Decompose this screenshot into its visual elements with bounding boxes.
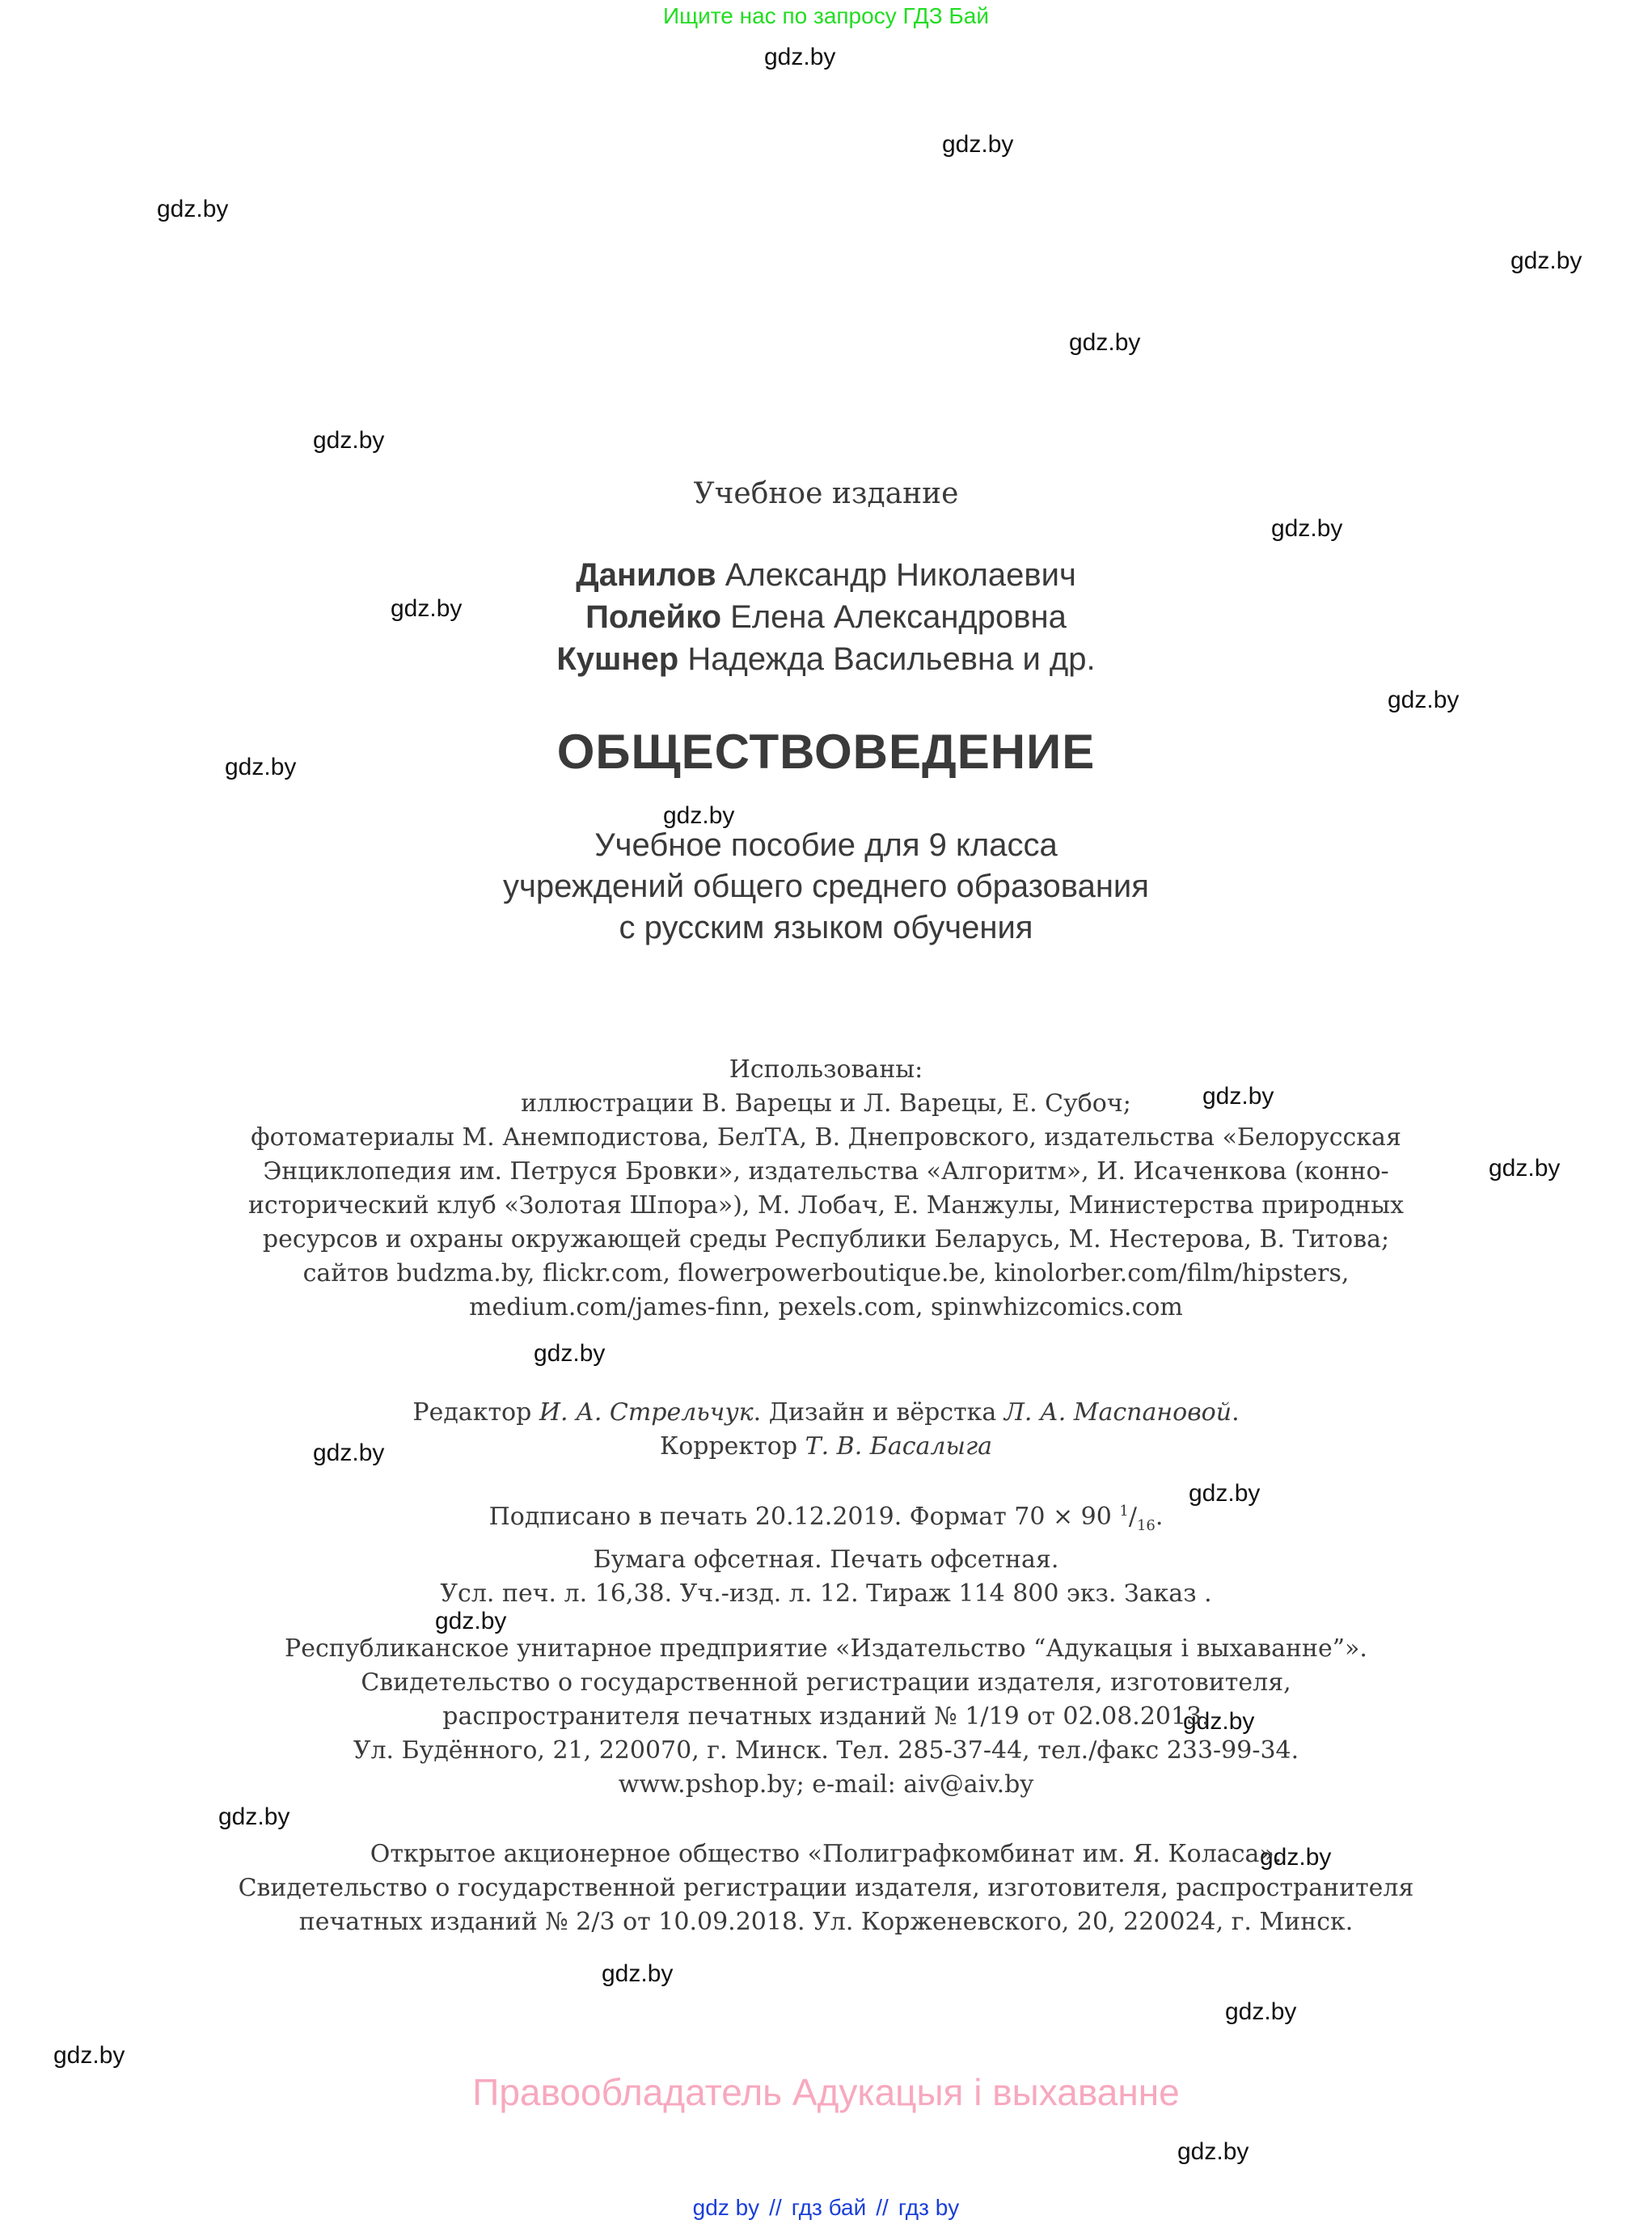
format-denominator: 16 xyxy=(1137,1517,1156,1534)
image-credits: Использованы: иллюстрации В. Варецы и Л.… xyxy=(0,1053,1652,1325)
format-numerator: 1 xyxy=(1119,1503,1128,1520)
editor-name: И. А. Стрельчук xyxy=(539,1398,754,1427)
credits-line: исторический клуб «Золотая Шпора»), М. Л… xyxy=(0,1189,1652,1223)
credits-line: иллюстрации В. Варецы и Л. Варецы, Е. Су… xyxy=(0,1087,1652,1121)
signed-line: Подписано в печать 20.12.2019. Формат 70… xyxy=(0,1495,1652,1543)
credits-line: medium.com/james-finn, pexels.com, spinw… xyxy=(0,1291,1652,1325)
watermark: gdz.by xyxy=(1177,2138,1249,2166)
signed-text: Подписано в печать 20.12.2019. Формат 70… xyxy=(489,1503,1112,1531)
publisher-line: распространителя печатных изданий № 1/19… xyxy=(0,1700,1652,1734)
designer-name: Л. А. Маспановой xyxy=(1004,1398,1232,1427)
credits-line: ресурсов и охраны окружающей среды Респу… xyxy=(0,1223,1652,1257)
printer-line: Свидетельство о государственной регистра… xyxy=(0,1871,1652,1905)
author-surname: Кушнер xyxy=(556,641,678,677)
footer-link[interactable]: гдз by xyxy=(898,2195,959,2220)
watermark: gdz.by xyxy=(1510,247,1582,275)
publisher-info: Республиканское унитарное предприятие «И… xyxy=(0,1632,1652,1802)
watermark: gdz.by xyxy=(1225,1998,1296,2026)
author-surname: Данилов xyxy=(576,557,716,593)
credits-line: Энциклопедия им. Петруся Бровки», издате… xyxy=(0,1155,1652,1189)
publisher-line: Ул. Будённого, 21, 220070, г. Минск. Тел… xyxy=(0,1734,1652,1768)
editor-label: Редактор xyxy=(412,1398,531,1427)
watermark: gdz.by xyxy=(602,1960,673,1988)
publisher-line: Республиканское унитарное предприятие «И… xyxy=(0,1632,1652,1666)
watermark: gdz.by xyxy=(218,1803,289,1831)
edition-type: Учебное издание xyxy=(0,477,1652,510)
separator: // xyxy=(876,2195,889,2220)
corrector-name: Т. В. Басалыга xyxy=(805,1432,992,1461)
author: Данилов Александр Николаевич xyxy=(0,554,1652,596)
print-info: Подписано в печать 20.12.2019. Формат 70… xyxy=(0,1495,1652,1611)
watermark: gdz.by xyxy=(435,1608,506,1635)
editorial-staff: Редактор И. А. Стрельчук. Дизайн и вёрст… xyxy=(0,1396,1652,1464)
book-title: ОБЩЕСТВОВЕДЕНИЕ xyxy=(0,724,1652,780)
watermark: gdz.by xyxy=(764,44,835,71)
corrector-line: Корректор Т. В. Басалыга xyxy=(0,1430,1652,1464)
separator: // xyxy=(769,2195,782,2220)
watermark: gdz.by xyxy=(313,427,384,455)
author-name: Елена Александровна xyxy=(730,599,1067,635)
subtitle-line: учреждений общего среднего образования xyxy=(0,866,1652,907)
watermark: gdz.by xyxy=(942,131,1013,159)
printer-line: Открытое акционерное общество «Полиграфк… xyxy=(0,1837,1652,1871)
watermark: gdz.by xyxy=(157,196,228,223)
author-surname: Полейко xyxy=(585,599,721,635)
credits-line: сайтов budzma.by, flickr.com, flowerpowe… xyxy=(0,1257,1652,1291)
footer-link[interactable]: gdz by xyxy=(693,2195,760,2220)
search-hint-banner: Ищите нас по запросу ГДЗ Бай xyxy=(0,3,1652,29)
author: Кушнер Надежда Васильевна и др. xyxy=(0,638,1652,680)
author-name: Надежда Васильевна и др. xyxy=(687,641,1095,677)
watermark: gdz.by xyxy=(1388,687,1459,714)
footer-link[interactable]: гдз бай xyxy=(792,2195,867,2220)
editor-line: Редактор И. А. Стрельчук. Дизайн и вёрст… xyxy=(0,1396,1652,1430)
watermark: gdz.by xyxy=(53,2042,125,2070)
printer-line: печатных изданий № 2/3 от 10.09.2018. Ул… xyxy=(0,1905,1652,1939)
footer-links: gdz by//гдз бай//гдз by xyxy=(0,2195,1652,2221)
watermark: gdz.by xyxy=(1069,329,1140,357)
corrector-label: Корректор xyxy=(660,1432,797,1461)
paper-line: Бумага офсетная. Печать офсетная. xyxy=(0,1543,1652,1577)
subtitle-line: с русским языком обучения xyxy=(0,907,1652,949)
watermark: gdz.by xyxy=(1271,515,1342,543)
authors-list: Данилов Александр Николаевич Полейко Еле… xyxy=(0,554,1652,680)
rights-holder: Правообладатель Адукацыя і выхаванне xyxy=(0,2070,1652,2114)
subtitle-line: Учебное пособие для 9 класса xyxy=(0,825,1652,866)
author: Полейко Елена Александровна xyxy=(0,596,1652,638)
publisher-line: www.pshop.by; e-mail: aiv@aiv.by xyxy=(0,1768,1652,1802)
credits-line: Использованы: xyxy=(0,1053,1652,1087)
author-name: Александр Николаевич xyxy=(725,557,1076,593)
credits-line: фотоматериалы М. Анемподистова, БелТА, В… xyxy=(0,1121,1652,1155)
book-subtitle: Учебное пособие для 9 класса учреждений … xyxy=(0,825,1652,949)
publisher-line: Свидетельство о государственной регистра… xyxy=(0,1666,1652,1700)
volume-line: Усл. печ. л. 16,38. Уч.-изд. л. 12. Тира… xyxy=(0,1577,1652,1611)
printer-info: Открытое акционерное общество «Полиграфк… xyxy=(0,1837,1652,1939)
watermark: gdz.by xyxy=(534,1340,605,1368)
design-label: . Дизайн и вёрстка xyxy=(754,1398,997,1427)
